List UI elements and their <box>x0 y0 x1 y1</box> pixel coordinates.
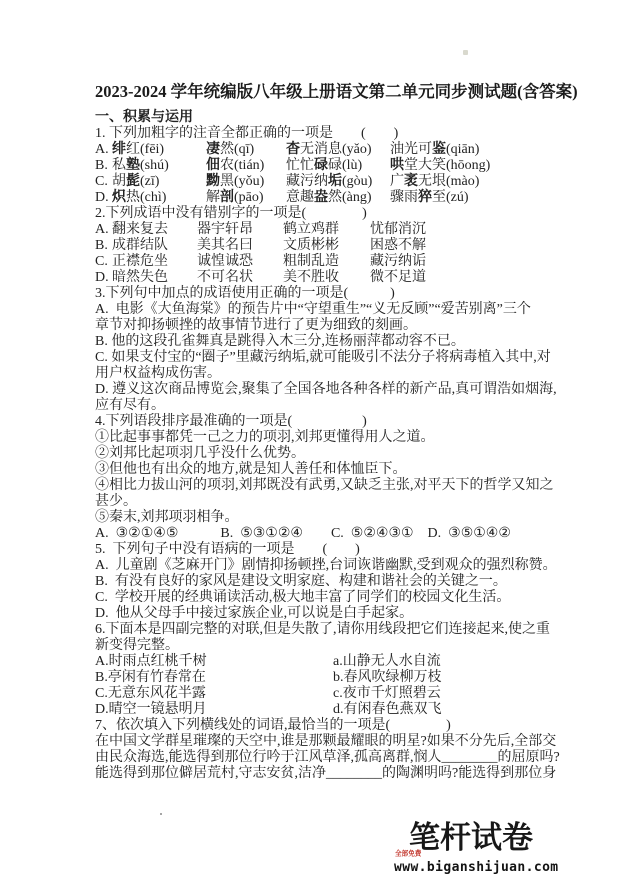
item-text: 农(tián) <box>220 158 264 173</box>
item-text: 碌(lù) <box>328 158 362 173</box>
q1-item: 炽热(chì) <box>112 190 206 206</box>
option-label: B. <box>95 158 112 174</box>
couplet-left: A.时雨点红桃千树 <box>95 654 333 670</box>
q2-word: 成群结队 <box>112 238 197 254</box>
q3-line: 章节对抑扬顿挫的故事情节进行了更为细致的刻画。 <box>95 318 547 334</box>
q6-pair: A.时雨点红桃千树 a.山静无人水自流 <box>95 654 547 670</box>
couplet-right: a.山静无人水自流 <box>333 654 547 670</box>
bold-char: 猝 <box>418 190 432 205</box>
bold-char: 哄 <box>390 158 404 173</box>
q4-header: 4.下列语段排序最准确的一项是( ) <box>95 414 547 430</box>
bold-char: 炽 <box>112 190 126 205</box>
bold-char: 鉴 <box>432 142 446 157</box>
q4-line: ④相比力拔山河的项羽,刘邦既没有武勇,又缺乏主张,对平天下的哲学又知之 <box>95 478 547 494</box>
q3-line: D. 遵义这次商品博览会,聚集了全国各地各种各样的新产品,真可谓浩如烟海, <box>95 382 547 398</box>
q6-pair: B.亭闲有竹春常在 b.春风吹绿柳万枝 <box>95 670 547 686</box>
q2-word: 粗制乱造 <box>283 254 370 270</box>
item-text: 至(zú) <box>432 190 469 205</box>
q6-pair: D.晴空一镜悬明月 d.有闲春色燕双飞 <box>95 702 547 718</box>
q3-line: A. 电影《大鱼海棠》的预告片中“守望重生”“义无反顾”“爱苦别离”三个 <box>95 302 547 318</box>
bold-char: 绯 <box>112 142 126 157</box>
bold-char: 碌 <box>314 158 328 173</box>
q2-option-c: C. 正襟危坐 诚惶诚恐 粗制乱造 藏污纳诟 <box>95 254 547 270</box>
item-text: (pāo) <box>234 190 264 205</box>
q6-pair: C.无意东风花半露 c.夜市千灯照碧云 <box>95 686 547 702</box>
bold-char: 盎 <box>314 190 328 205</box>
page-title: 2023-2024 学年统编版八年级上册语文第二单元同步测试题(含答案) <box>95 82 547 102</box>
option-label: A. <box>95 142 112 158</box>
item-text: 意趣 <box>286 190 314 205</box>
q1-option-c: C. 胡髭(zī) 黝黑(yǒu) 藏污纳垢(gòu) 广袤无垠(mào) <box>95 174 547 190</box>
option-label: A. <box>95 222 112 238</box>
q1-item: 油光可鉴(qiān) <box>390 142 547 158</box>
q7-header: 7、依次填入下列横线处的词语,最恰当的一项是( ) <box>95 718 547 734</box>
q2-option-a: A. 翻来复去 器宇轩昂 鹤立鸡群 忧郁消沉 <box>95 222 547 238</box>
item-text: 然(qī) <box>220 142 254 157</box>
item-text: 解 <box>206 190 220 205</box>
item-text: 然(àng) <box>328 190 372 205</box>
watermark-brand: 笔杆试卷 <box>409 821 533 855</box>
item-text: 忙忙 <box>286 158 314 173</box>
q2-header: 2.下列成语中没有错别字的一项是( ) <box>95 206 547 222</box>
option-label: C. <box>95 174 112 190</box>
item-text: (shú) <box>140 158 169 173</box>
watermark-free-label: 全部免费 <box>395 850 421 857</box>
q3-line: B. 他的这段孔雀舞真是跳得入木三分,连杨丽萍都动容不已。 <box>95 334 547 350</box>
bold-char: 袤 <box>404 174 418 189</box>
item-text: 私 <box>112 158 126 173</box>
item-text: 红(fēi) <box>126 142 164 157</box>
q6-header: 新变得完整。 <box>95 638 547 654</box>
item-text: 无垠(mào) <box>418 174 479 189</box>
document-content: 2023-2024 学年统编版八年级上册语文第二单元同步测试题(含答案) 一、积… <box>95 82 547 782</box>
q1-item: 凄然(qī) <box>206 142 286 158</box>
item-text: (qiān) <box>446 142 479 157</box>
q2-word: 诚惶诚恐 <box>197 254 283 270</box>
q1-item: 私塾(shú) <box>112 158 206 174</box>
q3-line: 用户权益构成伤害。 <box>95 366 547 382</box>
item-text: (gòu) <box>342 174 372 189</box>
q1-item: 黝黑(yǒu) <box>206 174 286 190</box>
q2-word: 藏污纳诟 <box>370 254 547 270</box>
q1-item: 骤雨猝至(zú) <box>390 190 547 206</box>
item-text: 胡 <box>112 174 126 189</box>
q2-word: 正襟危坐 <box>112 254 197 270</box>
q7-line: 能选得到那位僻居荒村,守志安贫,洁净________的陶渊明吗?能选得到那位身 <box>95 766 547 782</box>
item-text: 堂大笑(hōong) <box>404 158 490 173</box>
q2-word: 器宇轩昂 <box>197 222 283 238</box>
q3-line: C. 如果支付宝的“圈子”里藏污纳垢,就可能吸引不法分子将病毒植入其中,对 <box>95 350 547 366</box>
q2-word: 鹤立鸡群 <box>283 222 370 238</box>
couplet-right: d.有闲春色燕双飞 <box>333 702 547 718</box>
q2-word: 美其名曰 <box>197 238 283 254</box>
q1-item: 解剖(pāo) <box>206 190 286 206</box>
document-page: 2023-2024 学年统编版八年级上册语文第二单元同步测试题(含答案) 一、积… <box>0 0 628 887</box>
couplet-left: B.亭闲有竹春常在 <box>95 670 333 686</box>
bold-char: 凄 <box>206 142 220 157</box>
q1-item: 广袤无垠(mào) <box>390 174 547 190</box>
q2-word: 文质彬彬 <box>283 238 370 254</box>
q2-word: 翻来复去 <box>112 222 197 238</box>
couplet-right: b.春风吹绿柳万枝 <box>333 670 547 686</box>
bold-char: 垢 <box>328 174 342 189</box>
item-text: (zī) <box>140 174 159 189</box>
q2-word: 微不足道 <box>370 270 547 286</box>
bold-char: 髭 <box>126 174 140 189</box>
section-heading: 一、积累与运用 <box>95 110 547 126</box>
item-text: 热(chì) <box>126 190 166 205</box>
bold-char: 杳 <box>286 142 300 157</box>
q4-line: ③但他也有出众的地方,就是知人善任和体恤臣下。 <box>95 462 547 478</box>
q4-line: ①比起事事都凭一己之力的项羽,刘邦更懂得用人之道。 <box>95 430 547 446</box>
q6-header: 6.下面本是四副完整的对联,但是失散了,请你用线段把它们连接起来,使之重 <box>95 622 547 638</box>
couplet-right: c.夜市千灯照碧云 <box>333 686 547 702</box>
couplet-left: D.晴空一镜悬明月 <box>95 702 333 718</box>
bold-char: 剖 <box>220 190 234 205</box>
item-text: 油光可 <box>390 142 432 157</box>
q2-word: 暗然失色 <box>112 270 197 286</box>
watermark-url: www.biganshijuan.com <box>394 860 559 876</box>
q2-word: 忧郁消沉 <box>370 222 547 238</box>
q2-word: 不可名状 <box>197 270 283 286</box>
q1-item: 哄堂大笑(hōong) <box>390 158 547 174</box>
q4-line: ②刘邦比起项羽几乎没什么优势。 <box>95 446 547 462</box>
q3-header: 3.下列句中加点的成语使用正确的一项是( ) <box>95 286 547 302</box>
bold-char: 佃 <box>206 158 220 173</box>
q4-line: ⑤秦末,刘邦项羽相争。 <box>95 510 547 526</box>
q1-item: 绯红(fēi) <box>112 142 206 158</box>
q1-item: 忙忙碌碌(lù) <box>286 158 390 174</box>
q5-line: B. 有没有良好的家风是建设文明家庭、构建和谐社会的关键之一。 <box>95 574 547 590</box>
option-label: D. <box>95 190 112 206</box>
option-label: D. <box>95 270 112 286</box>
item-text: 黑(yǒu) <box>220 174 264 189</box>
q4-answers: A. ③②①④⑤ B. ⑤③①②④ C. ⑤②④③① D. ③⑤①④② <box>95 526 547 542</box>
q5-header: 5. 下列句子中没有语病的一项是 ( ) <box>95 542 547 558</box>
q1-item: 胡髭(zī) <box>112 174 206 190</box>
option-label: C. <box>95 254 112 270</box>
q5-line: A. 儿童剧《芝麻开门》剧情抑扬顿挫,台词诙谐幽默,受到观众的强烈称赞。 <box>95 558 547 574</box>
q4-line: 甚少。 <box>95 494 547 510</box>
q5-line: C. 学校开展的经典诵读活动,极大地丰富了同学们的校园文化生活。 <box>95 590 547 606</box>
item-text: 广 <box>390 174 404 189</box>
option-label: B. <box>95 238 112 254</box>
q1-header: 1. 下列加粗字的注音全都正确的一项是 ( ) <box>95 126 547 142</box>
q2-option-b: B. 成群结队 美其名曰 文质彬彬 困惑不解 <box>95 238 547 254</box>
q1-item: 意趣盎然(àng) <box>286 190 390 206</box>
bold-char: 黝 <box>206 174 220 189</box>
item-text: 骤雨 <box>390 190 418 205</box>
q5-line: D. 他从父母手中接过家族企业,可以说是白手起家。 <box>95 606 547 622</box>
q2-option-d: D. 暗然失色 不可名状 美不胜收 微不足道 <box>95 270 547 286</box>
q7-line: 由民众海选,能选得到那位行吟于江风草泽,孤高离群,悯人________的屈原吗? <box>95 750 547 766</box>
q1-item: 佃农(tián) <box>206 158 286 174</box>
scan-artifact-dot <box>463 50 468 55</box>
item-text: 藏污纳 <box>286 174 328 189</box>
bold-char: 塾 <box>126 158 140 173</box>
q3-line: 应有尽有。 <box>95 398 547 414</box>
q7-line: 在中国文学群星璀璨的天空中,谁是那颗最耀眼的明星?如果不分先后,全部交 <box>95 734 547 750</box>
q1-option-b: B. 私塾(shú) 佃农(tián) 忙忙碌碌(lù) 哄堂大笑(hōong) <box>95 158 547 174</box>
q1-item: 藏污纳垢(gòu) <box>286 174 390 190</box>
q2-word: 困惑不解 <box>370 238 547 254</box>
q2-word: 美不胜收 <box>283 270 370 286</box>
couplet-left: C.无意东风花半露 <box>95 686 333 702</box>
scan-artifact-dot <box>160 813 162 815</box>
q1-option-a: A. 绯红(fēi) 凄然(qī) 杳无消息(yǎo) 油光可鉴(qiān) <box>95 142 547 158</box>
q1-option-d: D. 炽热(chì) 解剖(pāo) 意趣盎然(àng) 骤雨猝至(zú) <box>95 190 547 206</box>
q1-item: 杳无消息(yǎo) <box>286 142 390 158</box>
item-text: 无消息(yǎo) <box>300 142 372 157</box>
